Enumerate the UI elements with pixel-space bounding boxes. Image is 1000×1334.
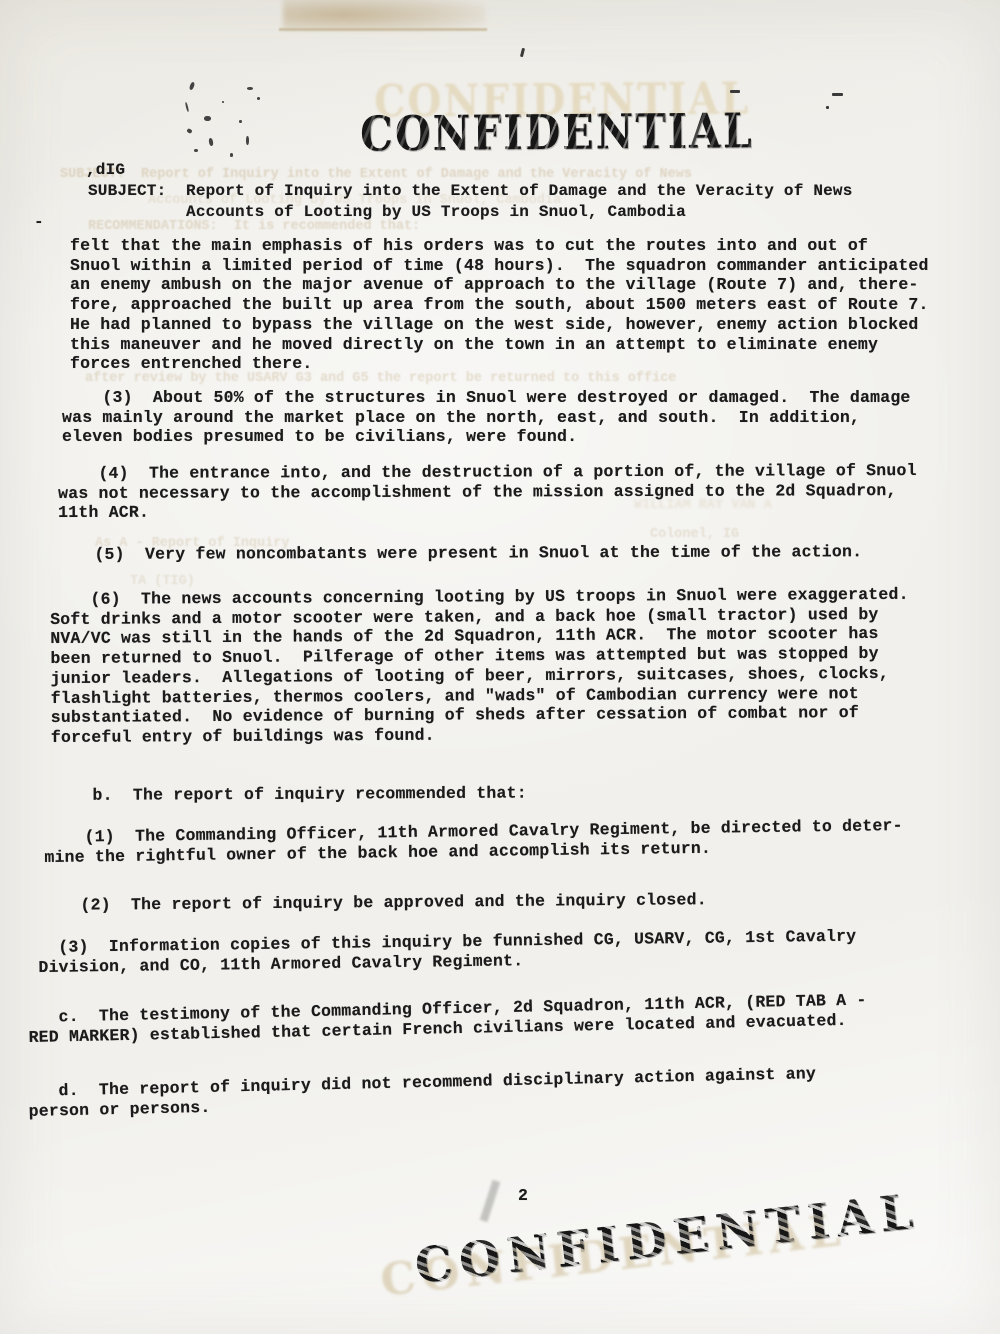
paragraph-recommendation-3: (3) Information copies of this inquiry b…: [38, 927, 857, 978]
stray-mark: [520, 48, 525, 57]
paragraph-finding-6: (6) The news accounts concerning looting…: [50, 585, 910, 748]
margin-dash: -: [34, 212, 44, 233]
ink-smudge: [283, 0, 485, 30]
bleed-through-signature-title: Colonel, IG: [650, 527, 739, 543]
document-page: CONFIDENTIAL CONFIDENTIAL SUBJECT: Repor…: [0, 0, 1000, 1334]
stray-mark: [826, 106, 829, 109]
confidential-stamp-top: CONFIDENTIAL: [360, 103, 754, 162]
paragraph-disciplinary: d. The report of inquiry did not recomme…: [28, 1064, 817, 1121]
paragraph-recommendation-2: (2) The report of inquiry be approved an…: [40, 890, 707, 916]
paragraph-finding-3: (3) About 50% of the structures in Snuol…: [62, 388, 911, 447]
paragraph-finding-5: (5) Very few noncombatants were present …: [54, 542, 862, 565]
paragraph-body-continuation: felt that the main emphasis of his order…: [70, 236, 929, 374]
stray-mark: [730, 90, 740, 93]
subject-line: SUBJECT: Report of Inquiry into the Exte…: [88, 181, 853, 222]
bleed-through-ta: TA (TIG): [130, 574, 195, 590]
stray-mark: [832, 93, 843, 96]
paragraph-testimony: c. The testimony of the Commanding Offic…: [28, 990, 867, 1047]
paragraph-finding-4: (4) The entrance into, and the destructi…: [58, 461, 917, 523]
office-symbol: ,dIG: [86, 160, 125, 181]
pencil-smear: [480, 1180, 501, 1222]
paragraph-recommendation-1: (1) The Commanding Officer, 11th Armored…: [44, 816, 903, 867]
ink-smudge-line: [279, 28, 487, 31]
paragraph-recommendation-intro: b. The report of inquiry recommended tha…: [52, 784, 527, 806]
page-number: 2: [518, 1186, 528, 1206]
